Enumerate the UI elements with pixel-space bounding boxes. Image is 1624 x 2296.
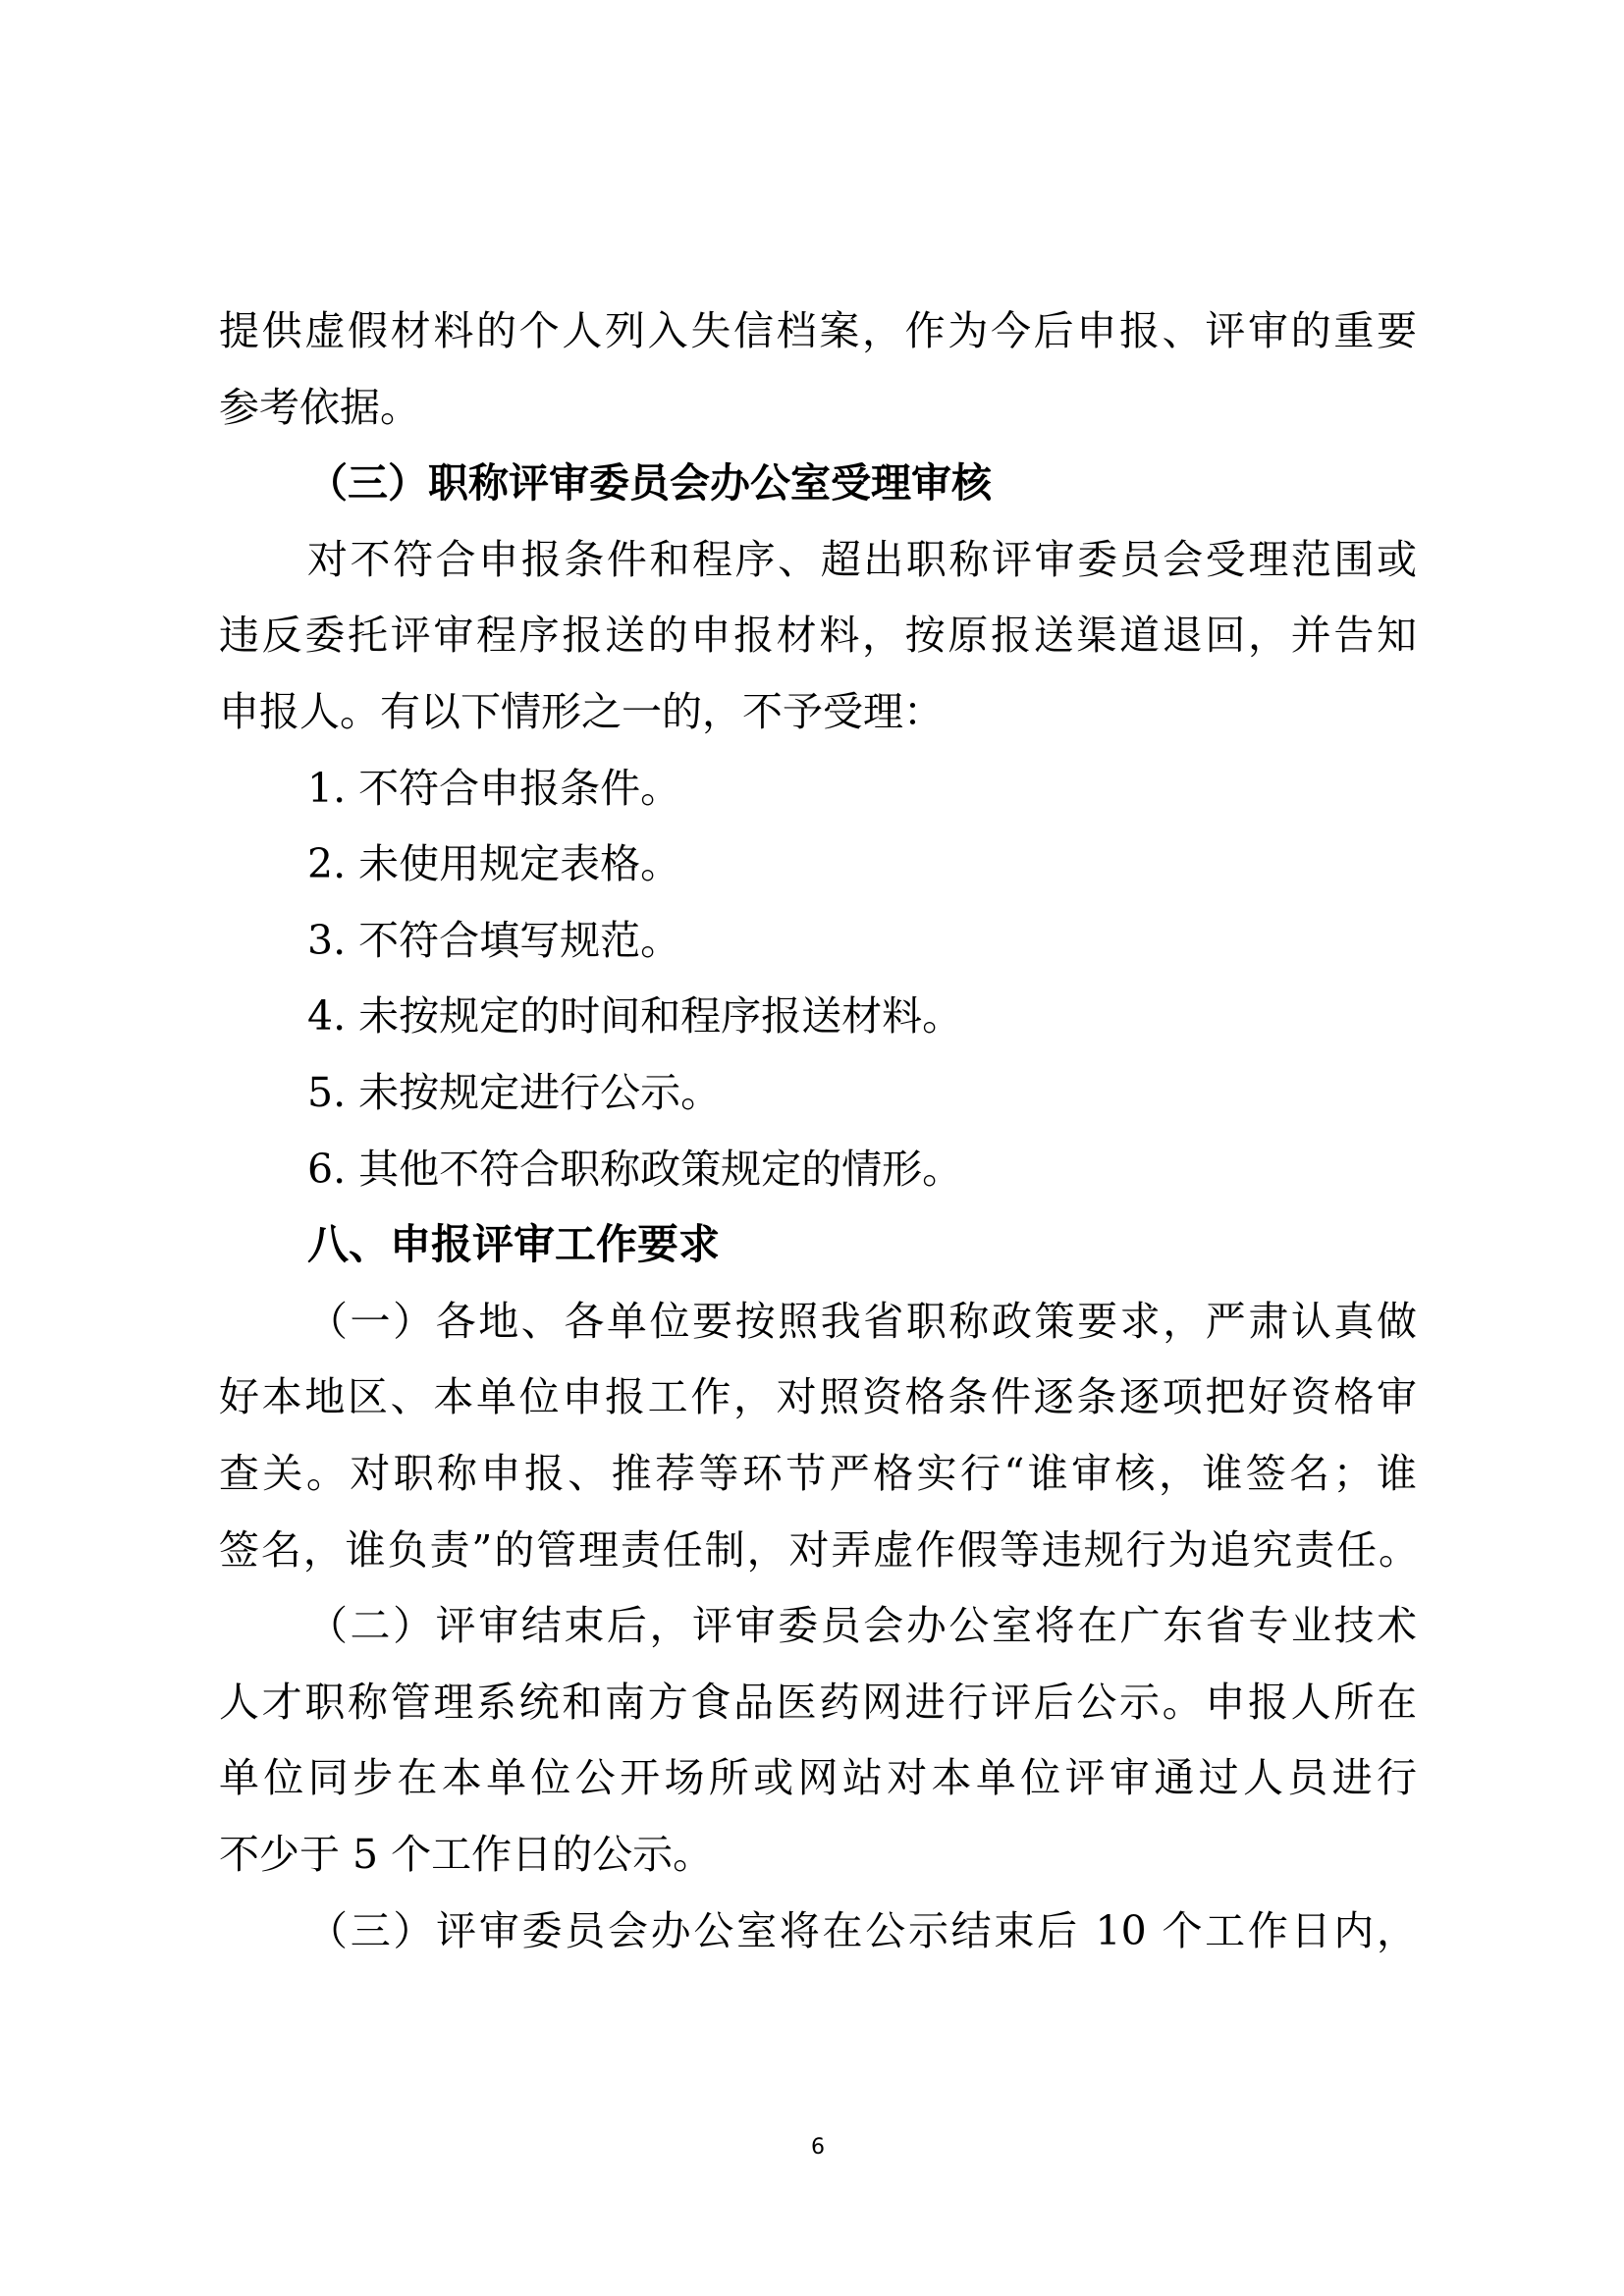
paragraph-line: 违反委托评审程序报送的申报材料，按原报送渠道退回，并告知 <box>219 608 1417 663</box>
paragraph-line: 人才职称管理系统和南方食品医药网进行评后公示。申报人所在 <box>219 1675 1417 1730</box>
list-item: 5. 未按规定进行公示。 <box>307 1065 1417 1120</box>
paragraph-line: 提供虚假材料的个人列入失信档案，作为今后申报、评审的重要 <box>219 303 1417 358</box>
list-item: 3. 不符合填写规范。 <box>307 913 1417 968</box>
paragraph-line: 好本地区、本单位申报工作，对照资格条件逐条逐项把好资格审 <box>219 1369 1417 1424</box>
list-item: 2. 未使用规定表格。 <box>307 836 1417 891</box>
paragraph-line: 参考依据。 <box>219 380 1417 435</box>
paragraph-line: （三）评审委员会办公室将在公示结束后 10 个工作日内， <box>307 1903 1417 1958</box>
paragraph-line: 单位同步在本单位公开场所或网站对本单位评审通过人员进行 <box>219 1750 1417 1805</box>
paragraph-line: 对不符合申报条件和程序、超出职称评审委员会受理范围或 <box>307 532 1417 587</box>
list-item: 6. 其他不符合职称政策规定的情形。 <box>307 1142 1417 1197</box>
paragraph-line: （二）评审结束后，评审委员会办公室将在广东省专业技术 <box>307 1598 1417 1653</box>
section-heading: （三）职称评审委员会办公室受理审核 <box>307 455 1417 510</box>
paragraph-line: 签名，谁负责”的管理责任制，对弄虚作假等违规行为追究责任。 <box>219 1522 1417 1577</box>
list-item: 4. 未按规定的时间和程序报送材料。 <box>307 988 1417 1043</box>
paragraph-line: （一）各地、各单位要按照我省职称政策要求，严肃认真做 <box>307 1294 1417 1349</box>
paragraph-line: 申报人。有以下情形之一的，不予受理： <box>219 684 1417 739</box>
paragraph-line: 不少于 5 个工作日的公示。 <box>219 1827 1417 1882</box>
chapter-heading: 八、申报评审工作要求 <box>307 1217 1417 1272</box>
paragraph-line: 查关。对职称申报、推荐等环节严格实行“谁审核，谁签名；谁 <box>219 1446 1417 1501</box>
page-number: 6 <box>798 2134 838 2162</box>
list-item: 1. 不符合申报条件。 <box>307 761 1417 816</box>
document-page: 提供虚假材料的个人列入失信档案，作为今后申报、评审的重要 参考依据。 （三）职称… <box>0 0 1624 2296</box>
